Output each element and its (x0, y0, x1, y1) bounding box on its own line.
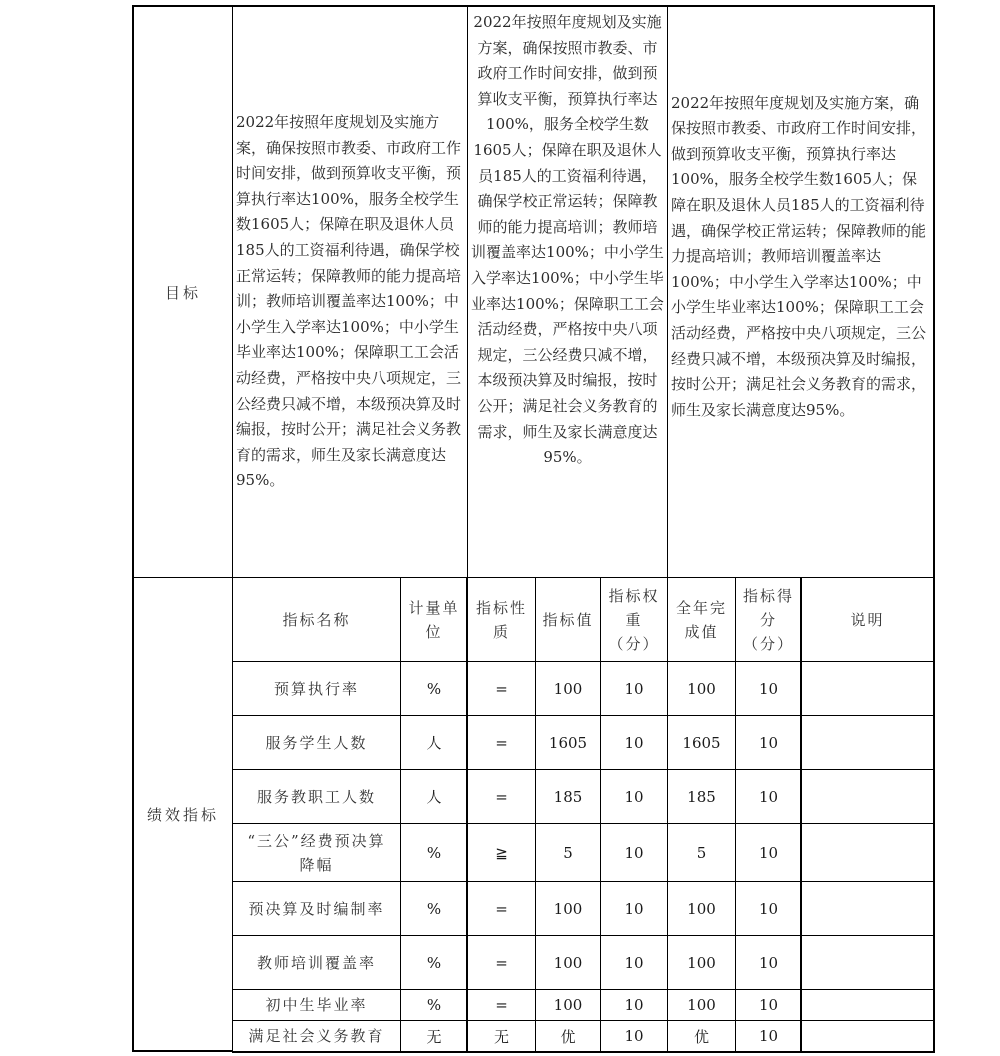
cell-nature: = (466, 881, 536, 936)
header-name-text: 指标名称 (282, 608, 350, 632)
cell-weight-text: 10 (624, 680, 643, 698)
cell-note (800, 1020, 935, 1053)
cell-unit-text: % (427, 844, 441, 862)
cell-completion-text: 100 (687, 954, 716, 972)
cell-value: 185 (535, 769, 601, 824)
cell-weight-text: 10 (624, 1027, 643, 1045)
header-name: 指标名称 (232, 577, 401, 662)
header-unit-text: 计量单位 (408, 596, 460, 644)
cell-weight-text: 10 (624, 844, 643, 862)
cell-name-text: 服务教职工人数 (257, 785, 376, 809)
cell-unit: 无 (400, 1020, 468, 1053)
cell-completion-text: 100 (687, 680, 716, 698)
target-text-cell-1: 2022年按照年度规划及实施方案，确保按照市教委、市政府工作时间安排，做到预算收… (232, 5, 468, 578)
cell-value-text: 5 (563, 844, 573, 862)
cell-completion-text: 优 (694, 1026, 709, 1047)
cell-note (800, 881, 935, 936)
cell-unit: % (400, 823, 468, 882)
target-text-cell-3: 2022年按照年度规划及实施方案，确保按照市教委、市政府工作时间安排，做到预算收… (667, 5, 935, 578)
cell-note (800, 989, 935, 1021)
cell-note (800, 769, 935, 824)
cell-score-text: 10 (759, 1027, 778, 1045)
header-score-text: 指标得分（分） (743, 584, 795, 656)
cell-nature: 无 (466, 1020, 536, 1053)
cell-completion-text: 185 (687, 788, 716, 806)
cell-nature: = (466, 935, 536, 990)
cell-name: 预决算及时编制率 (232, 881, 401, 936)
cell-score-text: 10 (759, 996, 778, 1014)
cell-name: 初中生毕业率 (232, 989, 401, 1021)
header-unit: 计量单位 (400, 577, 468, 662)
cell-score-text: 10 (759, 788, 778, 806)
cell-nature-text: = (495, 996, 508, 1014)
cell-note (800, 715, 935, 770)
cell-completion-text: 5 (697, 844, 707, 862)
cell-score: 10 (735, 715, 802, 770)
cell-nature-text: = (495, 680, 508, 698)
cell-nature-text: 无 (494, 1026, 509, 1047)
cell-name-text: 教师培训覆盖率 (257, 951, 376, 975)
cell-weight: 10 (600, 769, 668, 824)
cell-completion: 100 (667, 989, 736, 1021)
cell-completion: 5 (667, 823, 736, 882)
cell-nature: ≧ (466, 823, 536, 882)
target-text-1: 2022年按照年度规划及实施方案，确保按照市教委、市政府工作时间安排，做到预算收… (236, 110, 464, 494)
cell-value: 1605 (535, 715, 601, 770)
indicator-label-cell: 绩效指标 (132, 577, 233, 1052)
cell-score-text: 10 (759, 900, 778, 918)
cell-value-text: 100 (554, 996, 583, 1014)
cell-unit-text: % (427, 954, 441, 972)
cell-score-text: 10 (759, 734, 778, 752)
cell-score-text: 10 (759, 954, 778, 972)
cell-value-text: 185 (554, 788, 583, 806)
cell-score: 10 (735, 1020, 802, 1053)
cell-note (800, 823, 935, 882)
header-value: 指标值 (535, 577, 601, 662)
cell-score: 10 (735, 769, 802, 824)
cell-value: 优 (535, 1020, 601, 1053)
cell-name: 预算执行率 (232, 661, 401, 716)
cell-value-text: 100 (554, 954, 583, 972)
cell-score-text: 10 (759, 844, 778, 862)
cell-nature: = (466, 769, 536, 824)
cell-completion: 1605 (667, 715, 736, 770)
cell-nature-text: = (495, 734, 508, 752)
cell-value-text: 100 (554, 680, 583, 698)
cell-completion: 优 (667, 1020, 736, 1053)
header-completion: 全年完成值 (667, 577, 736, 662)
target-label-cell: 目标 (132, 5, 233, 578)
cell-value-text: 100 (554, 900, 583, 918)
cell-name: 教师培训覆盖率 (232, 935, 401, 990)
cell-weight-text: 10 (624, 954, 643, 972)
cell-name: 服务教职工人数 (232, 769, 401, 824)
cell-completion: 100 (667, 661, 736, 716)
cell-note (800, 935, 935, 990)
cell-unit-text: % (427, 996, 441, 1014)
cell-value-text: 优 (560, 1026, 575, 1047)
cell-name-text: 满足社会义务教育 (248, 1024, 384, 1048)
cell-weight-text: 10 (624, 734, 643, 752)
cell-weight-text: 10 (624, 900, 643, 918)
cell-unit-text: 无 (426, 1026, 441, 1047)
cell-completion: 185 (667, 769, 736, 824)
cell-value-text: 1605 (549, 734, 587, 752)
indicator-label: 绩效指标 (147, 804, 219, 825)
cell-nature-text: = (495, 900, 508, 918)
cell-value: 100 (535, 881, 601, 936)
header-note: 说明 (800, 577, 935, 662)
cell-completion: 100 (667, 881, 736, 936)
cell-unit: 人 (400, 715, 468, 770)
cell-unit: % (400, 935, 468, 990)
target-text-cell-2: 2022年按照年度规划及实施方案，确保按照市教委、市政府工作时间安排，做到预算收… (467, 5, 668, 578)
cell-value: 100 (535, 661, 601, 716)
cell-unit: % (400, 661, 468, 716)
cell-completion-text: 100 (687, 996, 716, 1014)
header-completion-text: 全年完成值 (676, 596, 728, 644)
cell-nature: = (466, 715, 536, 770)
cell-unit: % (400, 989, 468, 1021)
cell-name-text: 初中生毕业率 (265, 993, 367, 1017)
header-score: 指标得分（分） (735, 577, 802, 662)
target-text-2: 2022年按照年度规划及实施方案，确保按照市教委、市政府工作时间安排，做到预算收… (471, 10, 664, 471)
cell-name: “三公”经费预决算降幅 (232, 823, 401, 882)
target-text-3: 2022年按照年度规划及实施方案，确保按照市教委、市政府工作时间安排，做到预算收… (671, 91, 930, 424)
cell-nature: = (466, 989, 536, 1021)
cell-completion-text: 1605 (682, 734, 720, 752)
cell-nature-text: = (495, 788, 508, 806)
cell-score: 10 (735, 823, 802, 882)
cell-score: 10 (735, 935, 802, 990)
cell-unit-text: % (427, 680, 441, 698)
cell-weight: 10 (600, 935, 668, 990)
cell-score: 10 (735, 661, 802, 716)
cell-nature-text: = (495, 954, 508, 972)
cell-score: 10 (735, 881, 802, 936)
cell-weight: 10 (600, 823, 668, 882)
cell-name: 服务学生人数 (232, 715, 401, 770)
header-nature: 指标性质 (466, 577, 536, 662)
cell-name-text: 预决算及时编制率 (248, 897, 384, 921)
cell-completion: 100 (667, 935, 736, 990)
cell-unit: 人 (400, 769, 468, 824)
cell-name: 满足社会义务教育 (232, 1020, 401, 1053)
cell-score-text: 10 (759, 680, 778, 698)
cell-weight: 10 (600, 989, 668, 1021)
cell-unit: % (400, 881, 468, 936)
header-value-text: 指标值 (542, 608, 593, 632)
cell-score: 10 (735, 989, 802, 1021)
header-weight-text: 指标权重（分） (608, 584, 660, 656)
cell-weight: 10 (600, 715, 668, 770)
cell-unit-text: 人 (426, 732, 441, 753)
cell-nature-text: ≧ (495, 844, 508, 862)
cell-unit-text: % (427, 900, 441, 918)
cell-name-text: 服务学生人数 (265, 731, 367, 755)
cell-name-text: 预算执行率 (274, 677, 359, 701)
cell-weight: 10 (600, 661, 668, 716)
target-label: 目标 (165, 282, 201, 303)
cell-name-text: “三公”经费预决算降幅 (247, 829, 387, 877)
header-nature-text: 指标性质 (476, 596, 528, 644)
cell-nature: = (466, 661, 536, 716)
cell-weight: 10 (600, 1020, 668, 1053)
header-weight: 指标权重（分） (600, 577, 668, 662)
cell-weight: 10 (600, 881, 668, 936)
cell-value: 100 (535, 989, 601, 1021)
cell-note (800, 661, 935, 716)
header-note-text: 说明 (850, 608, 884, 632)
cell-weight-text: 10 (624, 788, 643, 806)
cell-value: 5 (535, 823, 601, 882)
cell-completion-text: 100 (687, 900, 716, 918)
cell-unit-text: 人 (426, 786, 441, 807)
cell-weight-text: 10 (624, 996, 643, 1014)
cell-value: 100 (535, 935, 601, 990)
